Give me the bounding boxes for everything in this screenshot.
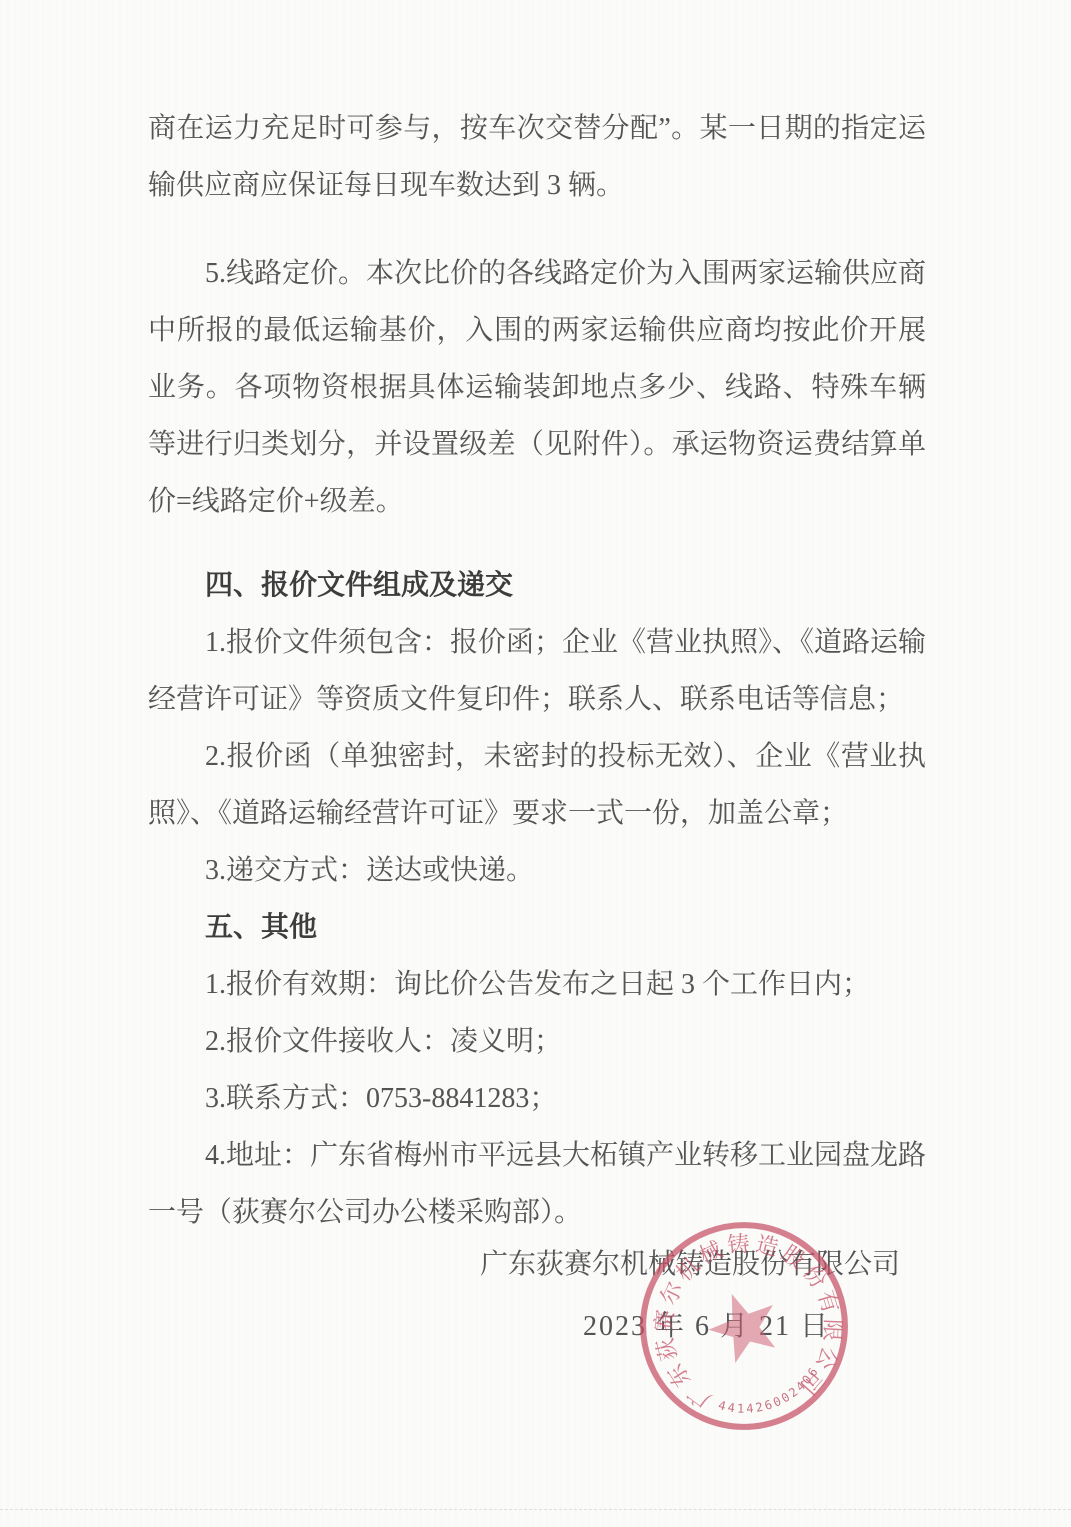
heading-section-5: 五、其他 <box>148 899 926 956</box>
signature-company-name: 广东荻赛尔机械铸造股份有限公司 <box>148 1248 926 1282</box>
para-continuation: 商在运力充足时可参与，按车次交替分配”。某一日期的指定运输供应商应保证每日现车数… <box>148 100 926 214</box>
document-body: 商在运力充足时可参与，按车次交替分配”。某一日期的指定运输供应商应保证每日现车数… <box>148 100 926 1241</box>
page-bottom-scan-line <box>0 1509 1071 1510</box>
para-quote-validity: 1.报价有效期：询比价公告发布之日起 3 个工作日内； <box>148 956 926 1013</box>
para-address: 4.地址：广东省梅州市平远县大柘镇产业转移工业园盘龙路一号（荻赛尔公司办公楼采购… <box>148 1127 926 1241</box>
para-quote-doc-contents: 1.报价文件须包含：报价函；企业《营业执照》、《道路运输经营许可证》等资质文件复… <box>148 614 926 728</box>
para-delivery-method: 3.递交方式：送达或快递。 <box>148 842 926 899</box>
para-contact-phone: 3.联系方式：0753-8841283； <box>148 1070 926 1127</box>
para-quote-receiver: 2.报价文件接收人：凌义明； <box>148 1013 926 1070</box>
heading-section-4: 四、报价文件组成及递交 <box>148 557 926 614</box>
para-route-pricing: 5.线路定价。本次比价的各线路定价为入围两家运输供应商中所报的最低运输基价，入围… <box>148 245 926 530</box>
signature-date: 2023 年 6 月 21 日 <box>148 1310 926 1344</box>
para-quote-letter-sealing: 2.报价函（单独密封，未密封的投标无效）、企业《营业执照》、《道路运输经营许可证… <box>148 728 926 842</box>
